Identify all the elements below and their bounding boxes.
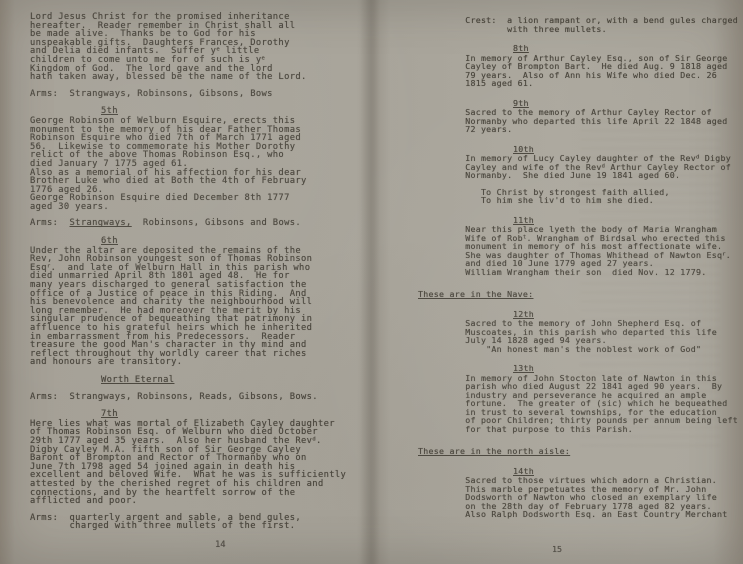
superscript-letter: d [696,155,700,161]
block-arms: Arms: Strangways, Robinsons, Gibsons, Bo… [30,90,375,99]
text-line: Arms: Strangways, Robinsons, Reads, Gibs… [30,393,375,402]
text-line: Normanby. She died June 19 1841 aged 60. [418,171,740,180]
text-line: charged with three mullets of the first. [30,522,375,531]
text-line: "An honest man's the noblest work of God… [418,345,740,354]
text-line: aged 30 years. [30,203,375,212]
block-heading: 7th [101,410,375,419]
block-heading: 9th [513,99,740,108]
block-label: These are in the Nave: [418,290,740,299]
block-verse: To Christ by strongest faith allied, To … [418,188,740,205]
block-arms: Arms: Strangways, Robinsons, Gibsons and… [30,219,375,228]
text-line: Arms: Strangways, Robinsons, Gibsons, Bo… [30,90,375,99]
text-line: Also Ralph Dodsworth Esq. an East Countr… [418,510,740,519]
block-paragraph: In memory of Lucy Cayley daughter of the… [418,154,740,180]
block-paragraph: Here lies what was mortal of Elizabeth C… [30,420,375,506]
section-heading: 7th [101,410,375,419]
block-paragraph: George Robinson of Welburn Esquire, erec… [30,117,375,212]
block-crest: Crest: a lion rampant or, with a bend gu… [418,16,740,33]
text-line: To him she liv'd to him she died. [418,196,740,205]
text-line: afflicted and poor. [30,497,375,506]
block-arms: Arms: Strangways, Robinsons, Reads, Gibs… [30,393,375,402]
underlined-word: Strangways, [70,218,132,228]
section-heading: 14th [513,467,740,476]
section-heading: 12th [513,310,740,319]
block-paragraph: Near this place lyeth the body of Maria … [418,225,740,276]
superscript-letter: r [722,251,726,257]
section-heading: 5th [101,107,375,116]
block-heading: 6th [101,237,375,246]
block-arms: Arms: quarterly argent and sable, a bend… [30,514,375,531]
page-number-right: 15 [552,544,562,554]
superscript-letter: e [262,55,266,61]
section-heading: 9th [513,99,740,108]
superscript-letter: t [523,234,527,240]
block-paragraph: Sacred to the memory of John Shepherd Es… [418,319,740,353]
block-paragraph: Lord Jesus Christ for the promised inher… [30,13,375,82]
block-paragraph: Under the altar are deposited the remain… [30,247,375,367]
section-heading: 11th [513,216,740,225]
text-line: William Wrangham their son died Nov. 12 … [418,268,740,277]
superscript-letter: e [216,47,220,53]
location-label: These are in the north aisle: [418,447,740,456]
block-heading: 14th [513,467,740,476]
section-heading: 13th [513,364,740,373]
block-heading: 12th [513,310,740,319]
section-heading: 10th [513,145,740,154]
text-line: Arms: Strangways, Robinsons, Gibsons and… [30,219,375,228]
left-page: Lord Jesus Christ for the promised inher… [30,13,375,531]
superscript-letter: d [602,163,606,169]
page-number-left: 14 [215,540,226,550]
block-paragraph: In memory of Arthur Cayley Esq., son of … [418,54,740,88]
text-line: 72 years. [418,125,740,134]
block-paragraph: In memory of John Stocton late of Nawton… [418,374,740,434]
location-label: These are in the Nave: [418,290,740,299]
superscript-letter: d [312,436,316,442]
section-heading: Worth Eternal [101,376,375,385]
text-line: 1815 aged 61. [418,79,740,88]
book-scan: Lord Jesus Christ for the promised inher… [0,0,743,564]
block-heading: 10th [513,145,740,154]
superscript-letter: r [47,263,51,269]
text-line: with three mullets. [418,25,740,34]
block-heading: 13th [513,364,740,373]
text-line: for that purpose to this Parish. [418,425,740,434]
block-heading: Worth Eternal [101,376,375,385]
block-label: These are in the north aisle: [418,447,740,456]
text-line: and honours are transitory. [30,358,375,367]
block-paragraph: Sacred to the memory of Arthur Cayley Re… [418,108,740,134]
block-paragraph: Sacred to those virtues which adorn a Ch… [418,476,740,519]
section-heading: 6th [101,237,375,246]
block-heading: 11th [513,216,740,225]
right-page: Crest: a lion rampant or, with a bend gu… [418,16,740,519]
block-heading: 5th [101,107,375,116]
text-line: hath taken away, blessed be the name of … [30,73,375,82]
section-heading: 8th [513,44,740,53]
block-heading: 8th [513,44,740,53]
